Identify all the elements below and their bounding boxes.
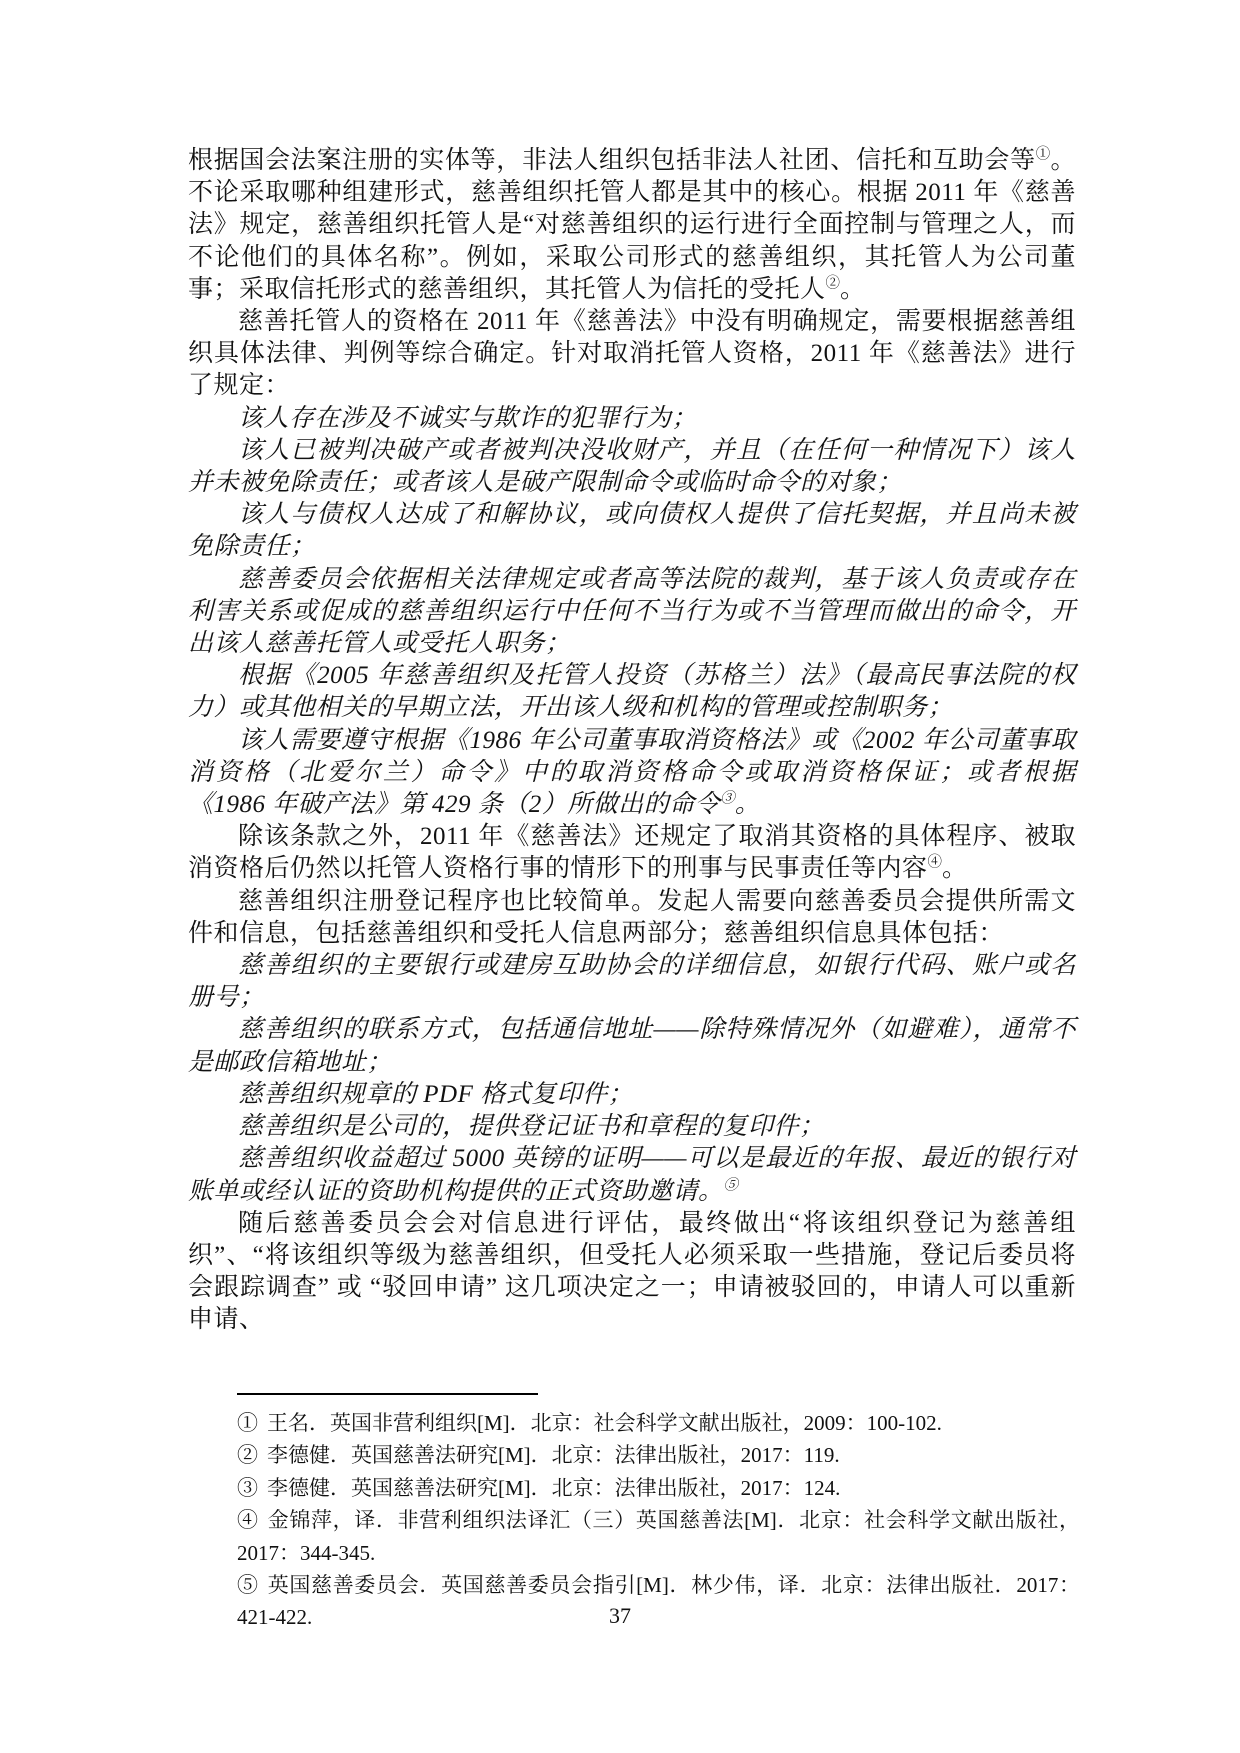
body-paragraph: 除该条款之外，2011 年《慈善法》还规定了取消其资格的具体程序、被取消资格后仍… xyxy=(188,821,1076,885)
footnote-ref: ⑤ xyxy=(724,1177,739,1193)
body-paragraph: 随后慈善委员会会对信息进行评估，最终做出“将该组织登记为慈善组织”、“将该组织等… xyxy=(188,1208,1076,1337)
footnote-item: ②李德健．英国慈善法研究[M]．北京：法律出版社，2017：119. xyxy=(237,1439,1080,1471)
provision-paragraph: 慈善委员会依据相关法律规定或者高等法院的裁判，基于该人负责或存在利害关系或促成的… xyxy=(188,564,1076,661)
footnote-item: ④金锦萍，译．非营利组织法译汇（三）英国慈善法[M]．北京：社会科学文献出版社，… xyxy=(237,1504,1080,1569)
footnote-item: ③李德健．英国慈善法研究[M]．北京：法律出版社，2017：124. xyxy=(237,1472,1080,1504)
document-page: 根据国会法案注册的实体等，非法人组织包括非法人社团、信托和互助会等①。不论采取哪… xyxy=(0,0,1240,1753)
footnote-area: ①王名．英国非营利组织[M]．北京：社会科学文献出版社，2009：100-102… xyxy=(237,1393,1080,1634)
document-body: 根据国会法案注册的实体等，非法人组织包括非法人社团、信托和互助会等①。不论采取哪… xyxy=(188,145,1076,1337)
provision-paragraph: 根据《2005 年慈善组织及托管人投资（苏格兰）法》（最高民事法院的权力）或其他… xyxy=(188,660,1076,724)
body-paragraph: 慈善托管人的资格在 2011 年《慈善法》中没有明确规定，需要根据慈善组织具体法… xyxy=(188,306,1076,403)
provision-paragraph: 慈善组织是公司的，提供登记证书和章程的复印件； xyxy=(188,1111,1076,1143)
provision-paragraph: 慈善组织规章的 PDF 格式复印件； xyxy=(188,1079,1076,1111)
footnote-ref: ③ xyxy=(720,791,735,807)
provision-paragraph: 该人存在涉及不诚实与欺诈的犯罪行为； xyxy=(188,403,1076,435)
footnote-marker: ③ xyxy=(237,1476,258,1500)
body-paragraph: 根据国会法案注册的实体等，非法人组织包括非法人社团、信托和互助会等①。不论采取哪… xyxy=(188,145,1076,306)
provision-paragraph: 该人与债权人达成了和解协议，或向债权人提供了信托契据，并且尚未被免除责任； xyxy=(188,499,1076,563)
provision-paragraph: 慈善组织的主要银行或建房互助协会的详细信息，如银行代码、账户或名册号； xyxy=(188,950,1076,1014)
footnote-ref: ② xyxy=(826,275,841,291)
provision-paragraph: 该人需要遵守根据《1986 年公司董事取消资格法》或《2002 年公司董事取消资… xyxy=(188,725,1076,822)
footnote-separator xyxy=(237,1393,538,1395)
provision-paragraph: 该人已被判决破产或者被判决没收财产，并且（在任何一种情况下）该人并未被免除责任；… xyxy=(188,435,1076,499)
body-paragraph: 慈善组织注册登记程序也比较简单。发起人需要向慈善委员会提供所需文件和信息，包括慈… xyxy=(188,886,1076,950)
page-number: 37 xyxy=(0,1602,1240,1630)
footnote-marker: ④ xyxy=(237,1508,259,1532)
footnote-ref: ④ xyxy=(928,855,943,871)
provision-paragraph: 慈善组织的联系方式，包括通信地址——除特殊情况外（如避难），通常不是邮政信箱地址… xyxy=(188,1014,1076,1078)
provision-paragraph: 慈善组织收益超过 5000 英镑的证明——可以是最近的年报、最近的银行对账单或经… xyxy=(188,1143,1076,1207)
footnote-item: ①王名．英国非营利组织[M]．北京：社会科学文献出版社，2009：100-102… xyxy=(237,1407,1080,1439)
footnote-marker: ① xyxy=(237,1411,258,1435)
footnote-ref: ① xyxy=(1036,147,1051,163)
footnote-list: ①王名．英国非营利组织[M]．北京：社会科学文献出版社，2009：100-102… xyxy=(237,1407,1080,1634)
footnote-marker: ⑤ xyxy=(237,1573,259,1597)
footnote-marker: ② xyxy=(237,1443,258,1467)
